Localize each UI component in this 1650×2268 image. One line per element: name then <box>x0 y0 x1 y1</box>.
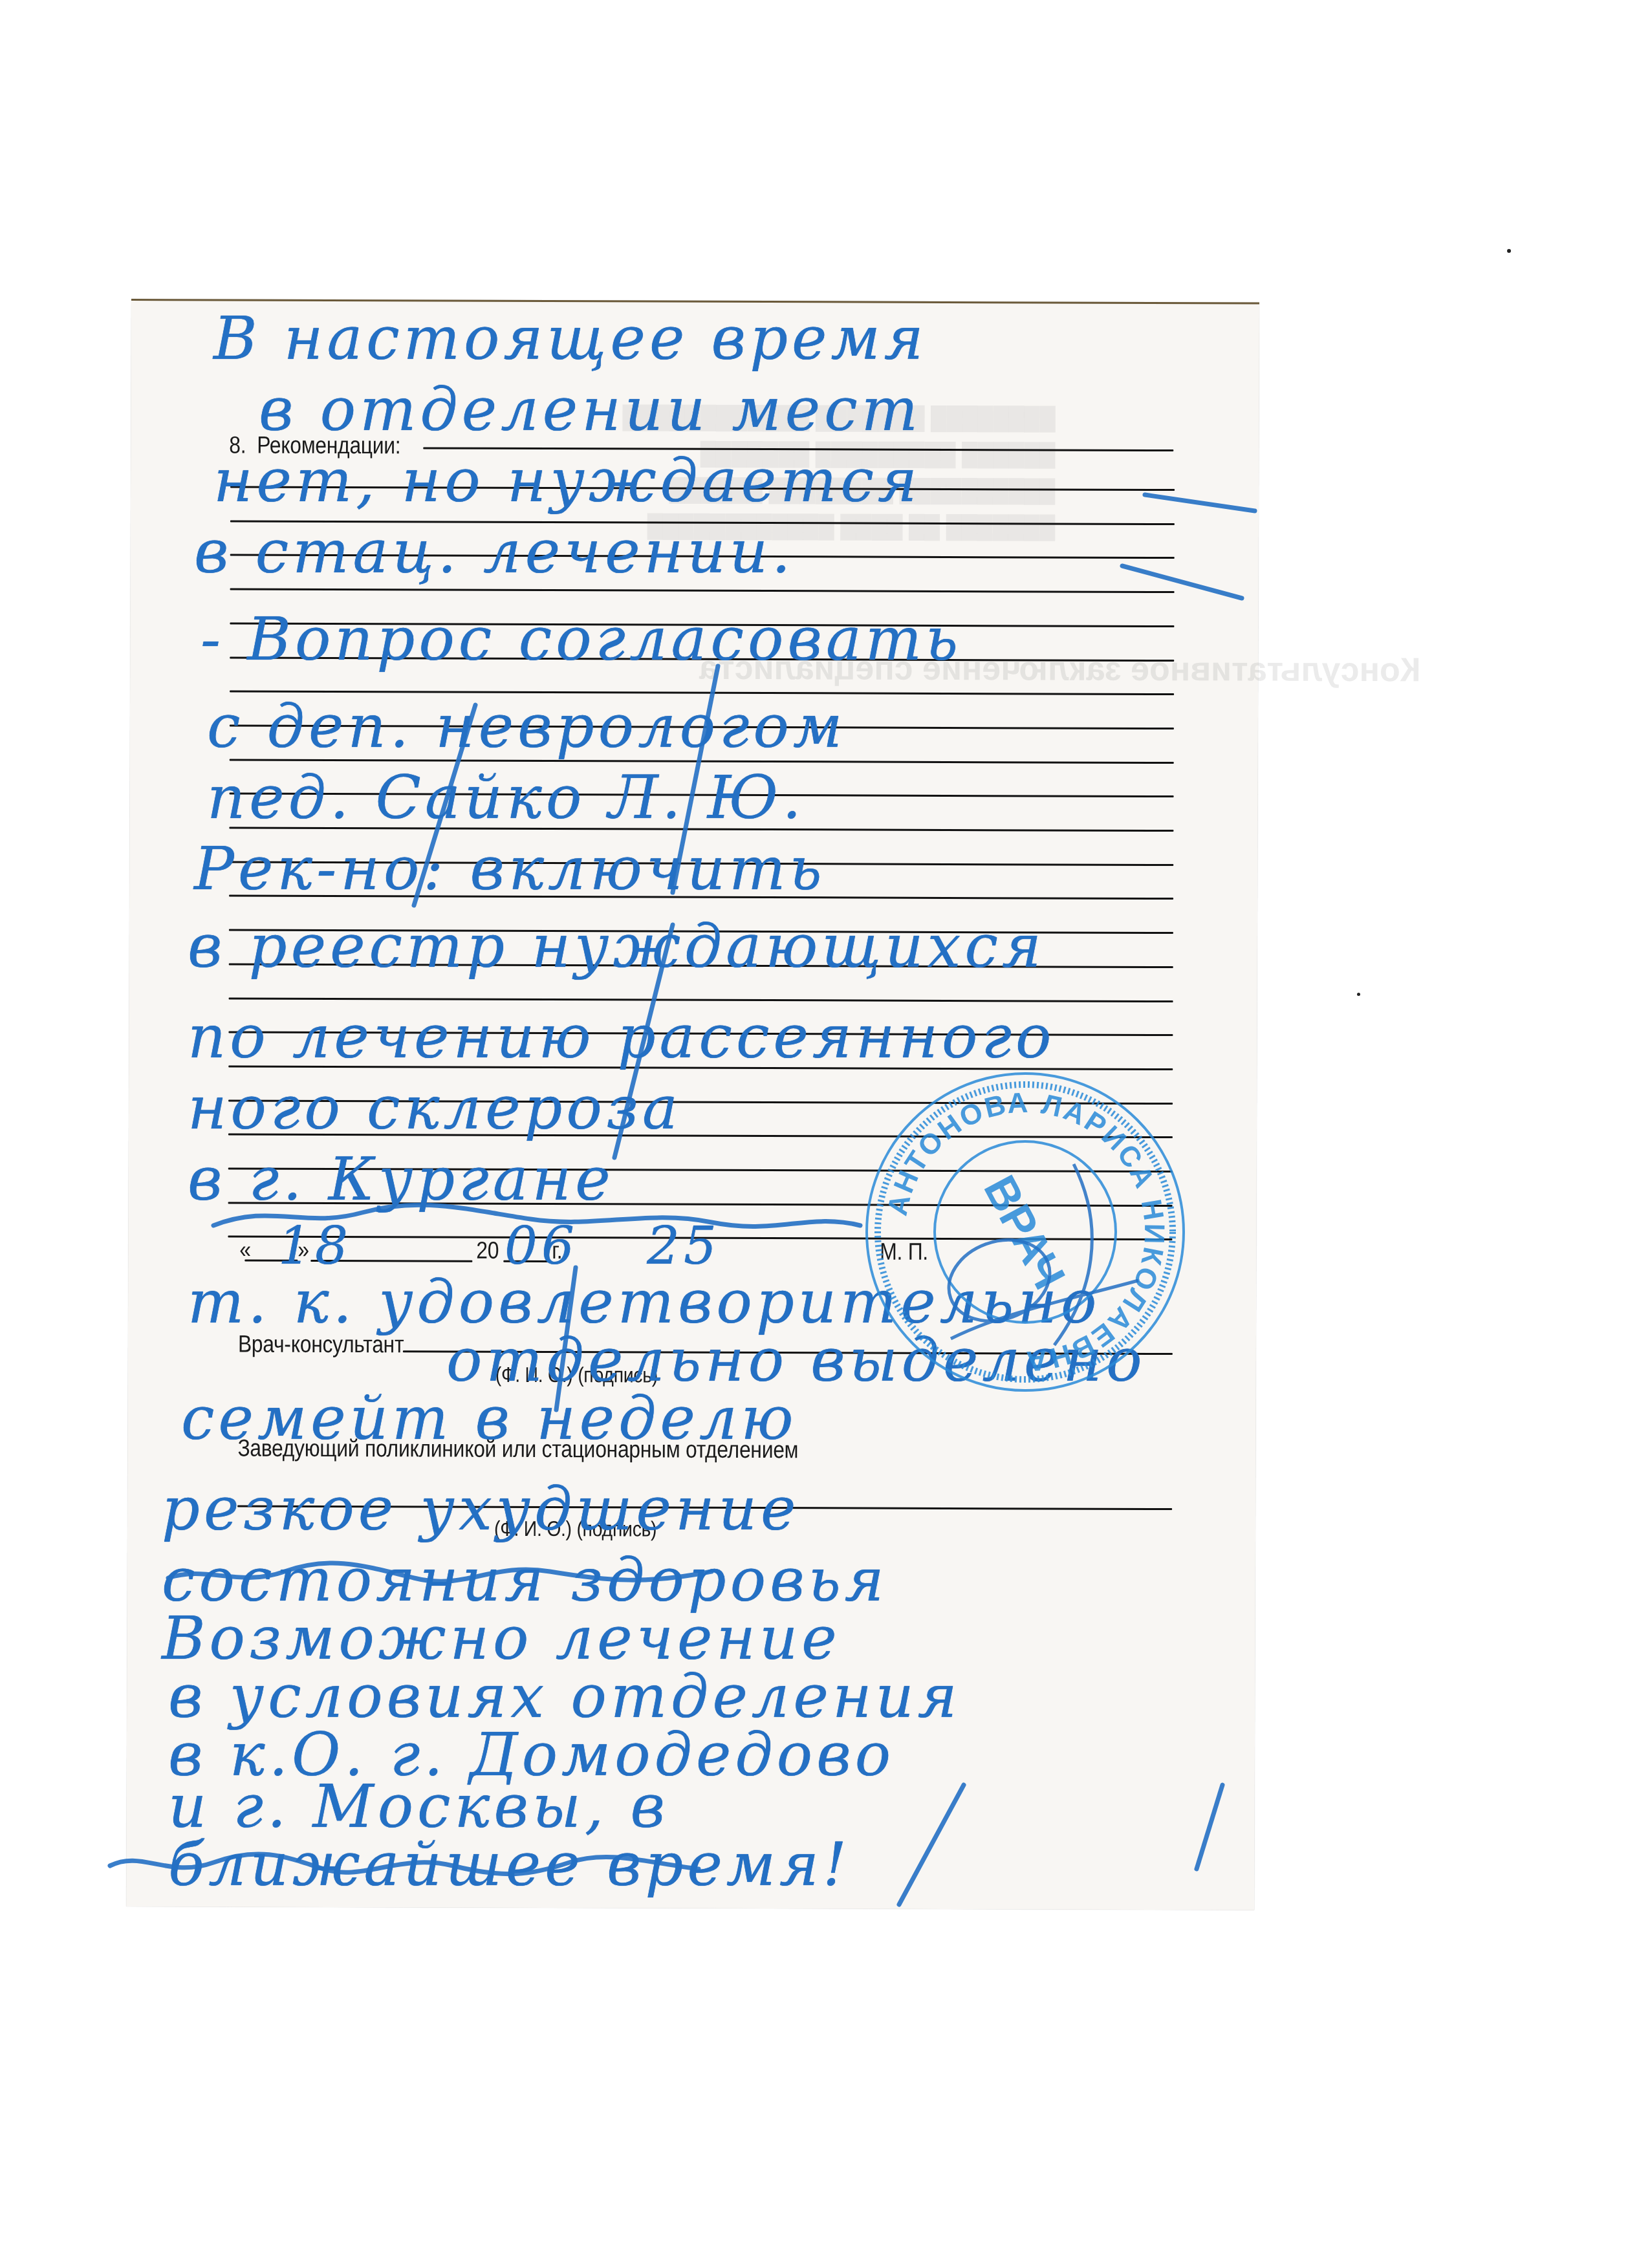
doctor-stamp: АНТОНОВА ЛАРИСА НИКОЛАЕВНА ВРАЧ <box>860 1067 1190 1397</box>
stamp-center-text: ВРАЧ <box>974 1167 1075 1297</box>
pen-strokes <box>0 0 1650 2268</box>
